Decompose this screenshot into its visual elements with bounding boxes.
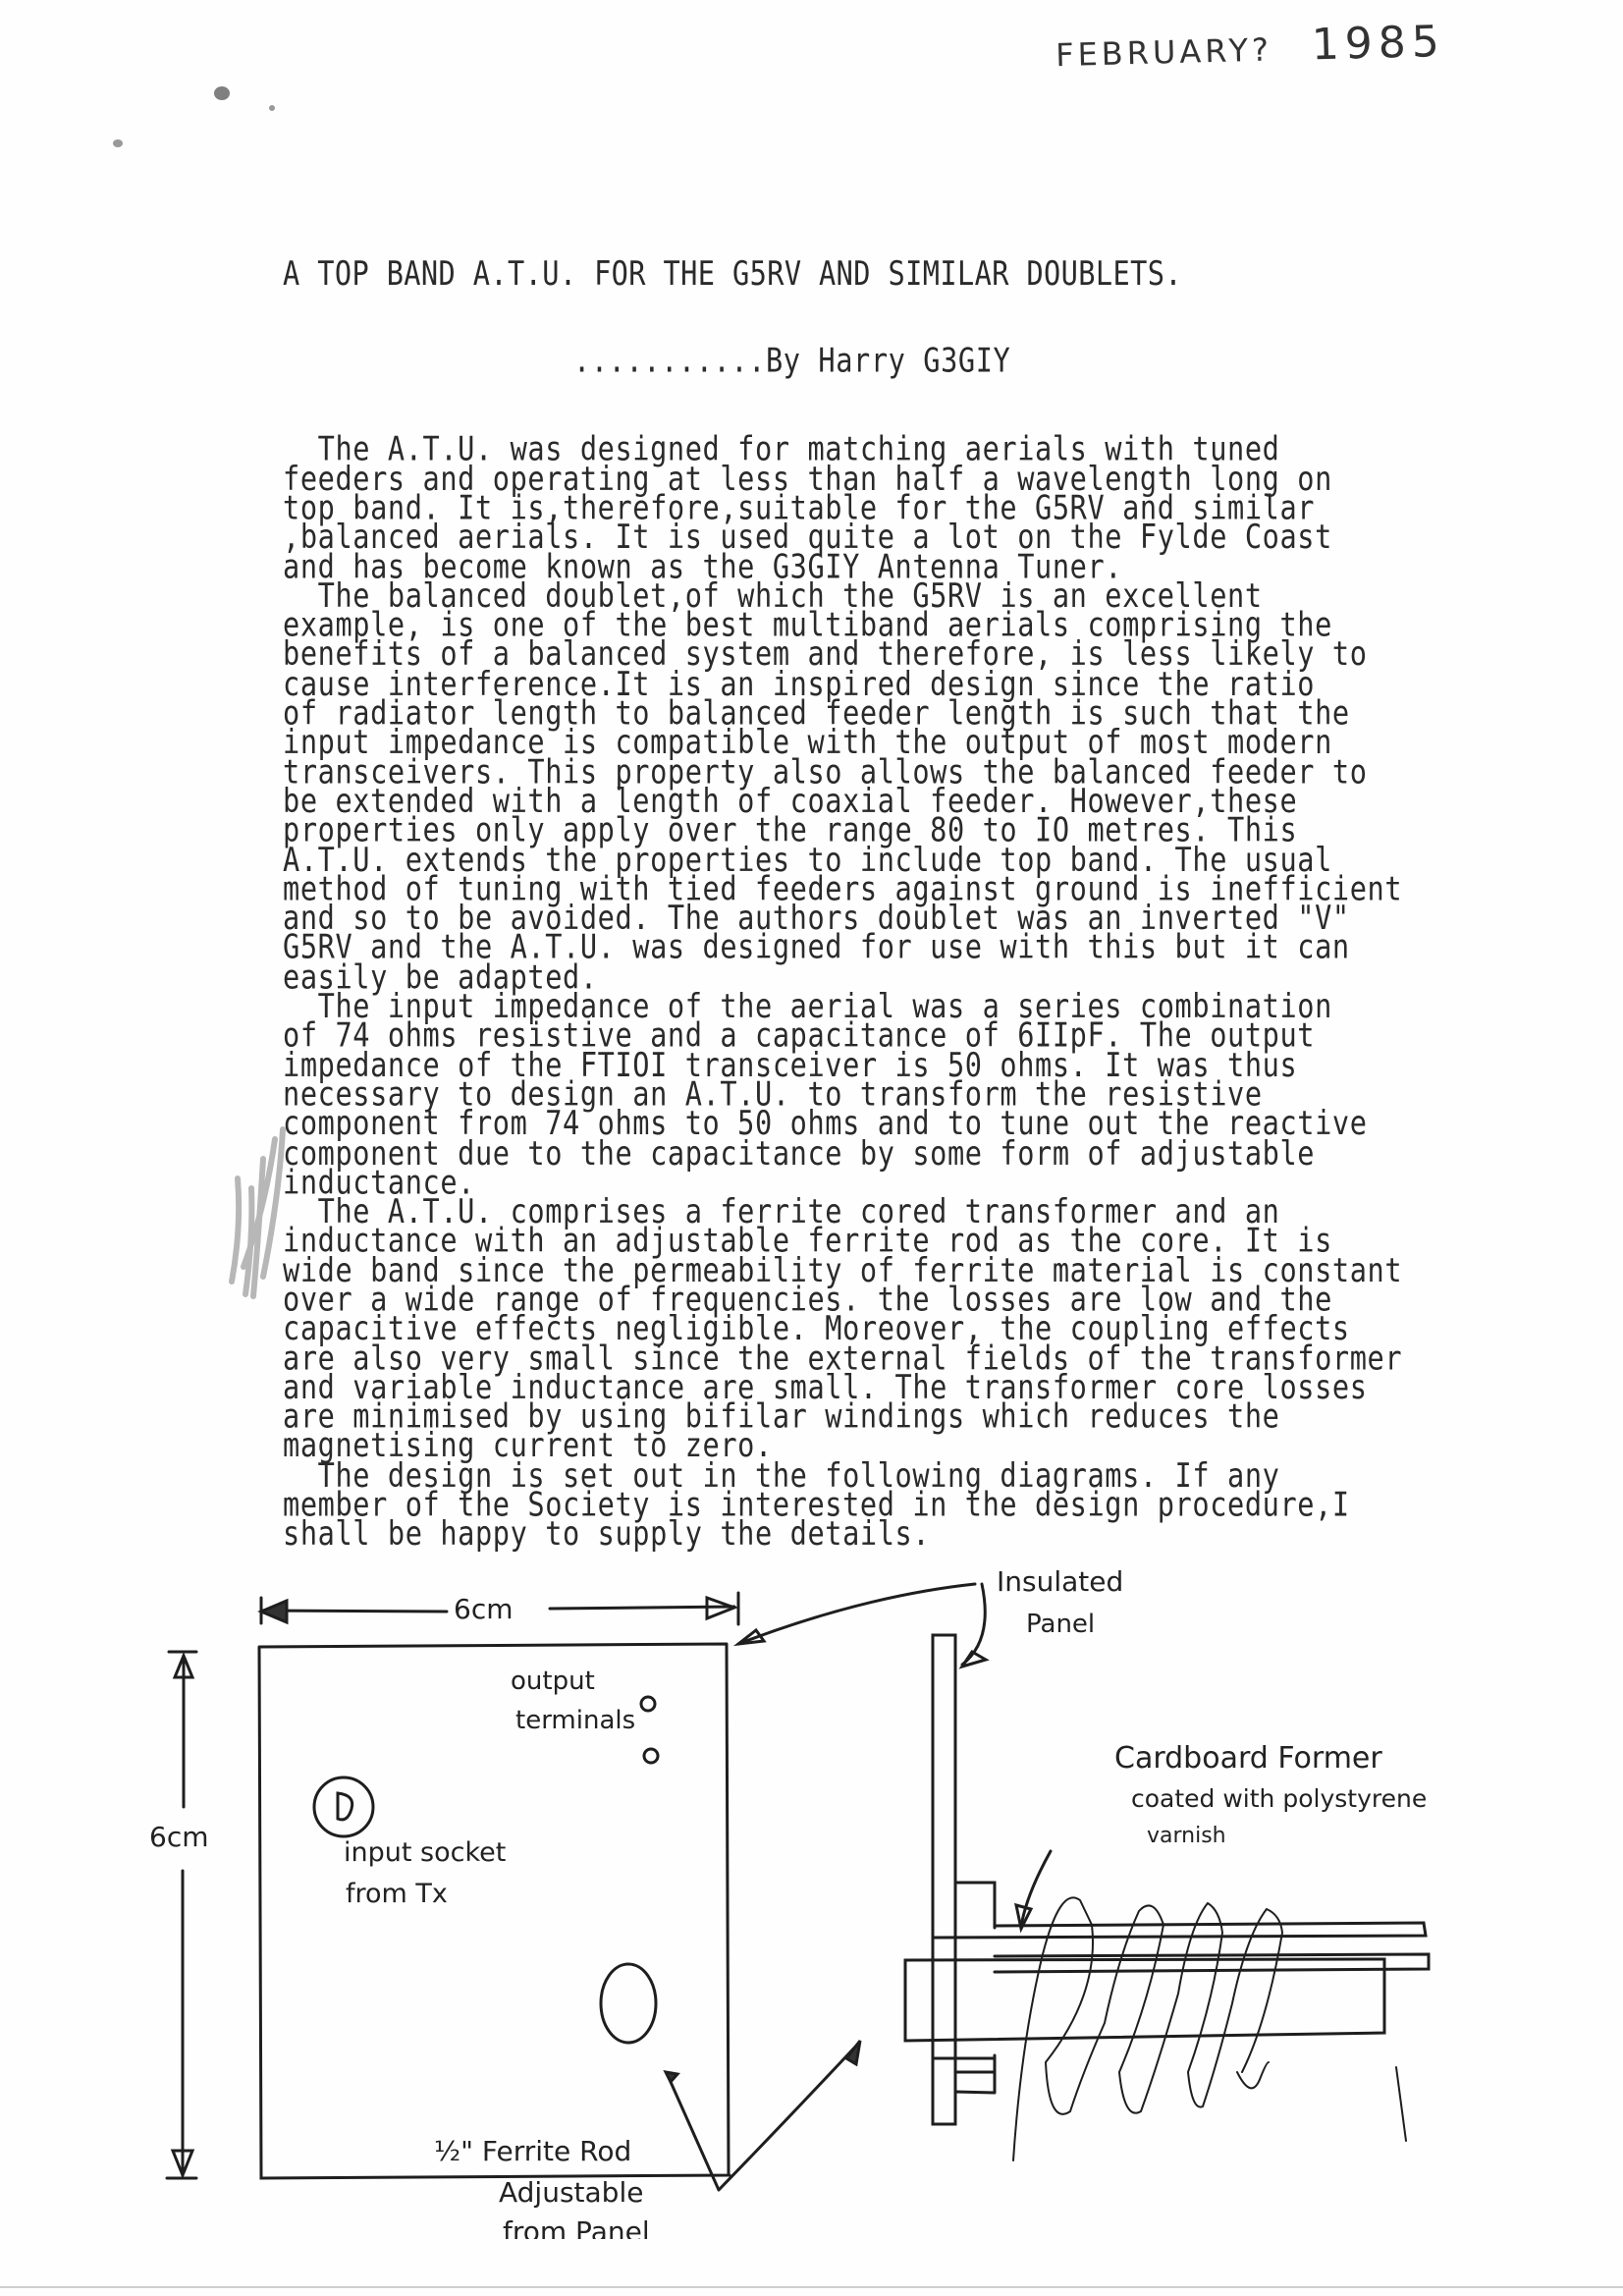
former-label-1: Cardboard Former <box>1114 1741 1382 1776</box>
insulated-panel-side <box>933 1635 955 2124</box>
ferrite-rod-hole <box>601 1964 656 2043</box>
handwritten-date-note: FEBRUARY?1985 <box>1055 17 1445 77</box>
page-edge-line <box>0 2286 1623 2288</box>
height-dimension-line <box>183 1656 184 2175</box>
height-label: 6cm <box>149 1821 208 1853</box>
insulated-panel-label-2: Panel <box>1026 1610 1095 1639</box>
article-title: A TOP BAND A.T.U. FOR THE G5RV AND SIMIL… <box>283 259 1579 289</box>
note-year: 1985 <box>1311 17 1445 71</box>
ferrite-rod-label-1: ½" Ferrite Rod <box>434 2135 631 2167</box>
scanned-page: FEBRUARY?1985 A TOP BAND A.T.U. FOR THE … <box>0 0 1623 2296</box>
output-terminal-1 <box>641 1697 655 1711</box>
former-label-3: varnish <box>1147 1824 1226 1848</box>
input-socket-label-1: input socket <box>344 1837 506 1868</box>
output-terminal-2 <box>644 1749 658 1763</box>
output-terminals-label-1: output <box>511 1667 595 1696</box>
ferrite-rod-label-3: from Panel <box>503 2215 650 2239</box>
input-socket-label-2: from Tx <box>346 1879 448 1909</box>
article-byline: ...........By Harry G3GIY <box>283 347 1579 376</box>
cardboard-former <box>933 1923 1429 1972</box>
atu-construction-diagram: 6cm 6cm output terminals input socket fr… <box>0 1552 1623 2239</box>
ink-speck <box>214 86 230 100</box>
width-label: 6cm <box>454 1593 513 1625</box>
output-terminals-label-2: terminals <box>515 1706 635 1735</box>
article-line: component due to the capacitance by some… <box>283 1138 1579 1168</box>
former-label-2: coated with polystyrene <box>1131 1784 1427 1813</box>
insulated-panel-label-1: Insulated <box>997 1565 1123 1598</box>
ink-speck <box>113 139 123 147</box>
ink-speck <box>269 105 275 111</box>
article-line: shall be happy to supply the details. <box>283 1519 1579 1549</box>
article-body: A TOP BAND A.T.U. FOR THE G5RV AND SIMIL… <box>283 200 1579 1608</box>
pencil-scribble-mark <box>224 1120 293 1306</box>
ferrite-rod-label-2: Adjustable <box>499 2176 643 2209</box>
front-panel-outline <box>259 1644 730 2178</box>
article-paragraphs: The A.T.U. was designed for matching aer… <box>283 435 1579 1549</box>
note-month: FEBRUARY? <box>1055 30 1273 74</box>
input-socket-circle <box>314 1777 373 1836</box>
